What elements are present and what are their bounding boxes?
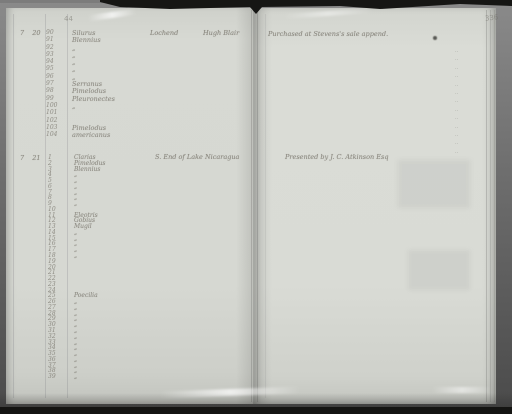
specimen-number: 99 xyxy=(46,95,61,102)
gutter-crease xyxy=(251,10,252,402)
register-row: 96 „ xyxy=(46,73,236,80)
species-name: „ xyxy=(74,373,77,380)
specimen-number: 92 xyxy=(46,44,61,51)
margin-date-note: 7 21 xyxy=(20,154,40,162)
species-name: „ xyxy=(72,102,75,110)
register-row: 95 „ xyxy=(46,65,236,72)
page-edge-line xyxy=(494,10,495,402)
page-edge-line xyxy=(490,10,491,402)
ditto-tick-column: ·························· xyxy=(455,48,459,157)
margin-date-note: 7 20 xyxy=(20,29,40,37)
specimen-number: 101 xyxy=(46,109,61,116)
locality-entry: Lochend xyxy=(150,29,178,37)
register-row: 104 americanus xyxy=(46,131,236,138)
specimen-number: 90 xyxy=(46,29,61,36)
register-section-2: 1 Clarias 2 Pimelodus 3 Blennius 4 „ 5 „ xyxy=(48,154,238,379)
species-name: americanus xyxy=(72,131,110,139)
specimen-number: 93 xyxy=(46,51,61,58)
specimen-number: 94 xyxy=(46,58,61,65)
specimen-number: 104 xyxy=(46,131,61,138)
register-row: 94 „ xyxy=(46,58,236,65)
species-name: Blennius xyxy=(72,36,101,44)
register-section-1: 90 Silurus 91 Blennius 92 „ 93 „ 94 „ xyxy=(46,29,236,138)
register-row: 39 „ xyxy=(48,373,238,379)
specimen-number: 96 xyxy=(46,73,61,80)
specimen-number: 39 xyxy=(48,373,63,380)
page-edge-line xyxy=(486,10,487,402)
ink-show-through xyxy=(398,160,470,208)
locality-entry: S. End of Lake Nicaragua xyxy=(155,153,239,161)
species-name: Pleuronectes xyxy=(72,95,115,103)
register-row: 100 „ xyxy=(46,102,236,109)
specimen-number: 100 xyxy=(46,102,61,109)
ruled-line xyxy=(13,14,14,398)
gutter-crease xyxy=(257,10,258,402)
species-name: „ xyxy=(74,252,77,259)
register-row: 99 Pleuronectes xyxy=(46,95,236,102)
register-row: 103 Pimelodus xyxy=(46,124,236,131)
ink-show-through xyxy=(408,250,470,290)
ink-blot xyxy=(433,36,437,40)
species-name: „ xyxy=(74,200,77,207)
scan-background-bottom xyxy=(0,407,512,414)
donor-entry: Presented by J. C. Atkinson Esq xyxy=(285,153,389,161)
specimen-number: 98 xyxy=(46,87,61,94)
register-row: 98 Pimelodus xyxy=(46,87,236,94)
register-row: 92 „ xyxy=(46,44,236,51)
species-name: Blennius xyxy=(74,166,100,173)
specimen-number: 95 xyxy=(46,65,61,72)
folio-number: 336 xyxy=(485,13,499,22)
specimen-number: 97 xyxy=(46,80,61,87)
specimen-number: 102 xyxy=(46,117,61,124)
collector-entry: Hugh Blair xyxy=(203,29,239,37)
register-scan: 44 336 7 20 7 21 90 Silurus 91 Blennius … xyxy=(0,0,512,414)
page-bottom-shadow xyxy=(0,393,512,407)
book-gutter xyxy=(236,8,272,404)
specimen-number: 103 xyxy=(46,124,61,131)
species-name: Poecilia xyxy=(74,292,98,299)
acquisition-note: Purchased at Stevens's sale append. xyxy=(268,30,388,38)
corner-pencil-mark: 44 xyxy=(64,15,73,23)
register-row: 102 xyxy=(46,117,236,124)
specimen-number: 91 xyxy=(46,36,61,43)
register-row: 91 Blennius xyxy=(46,36,236,43)
register-row: 101 xyxy=(46,109,236,116)
register-row: 93 „ xyxy=(46,51,236,58)
